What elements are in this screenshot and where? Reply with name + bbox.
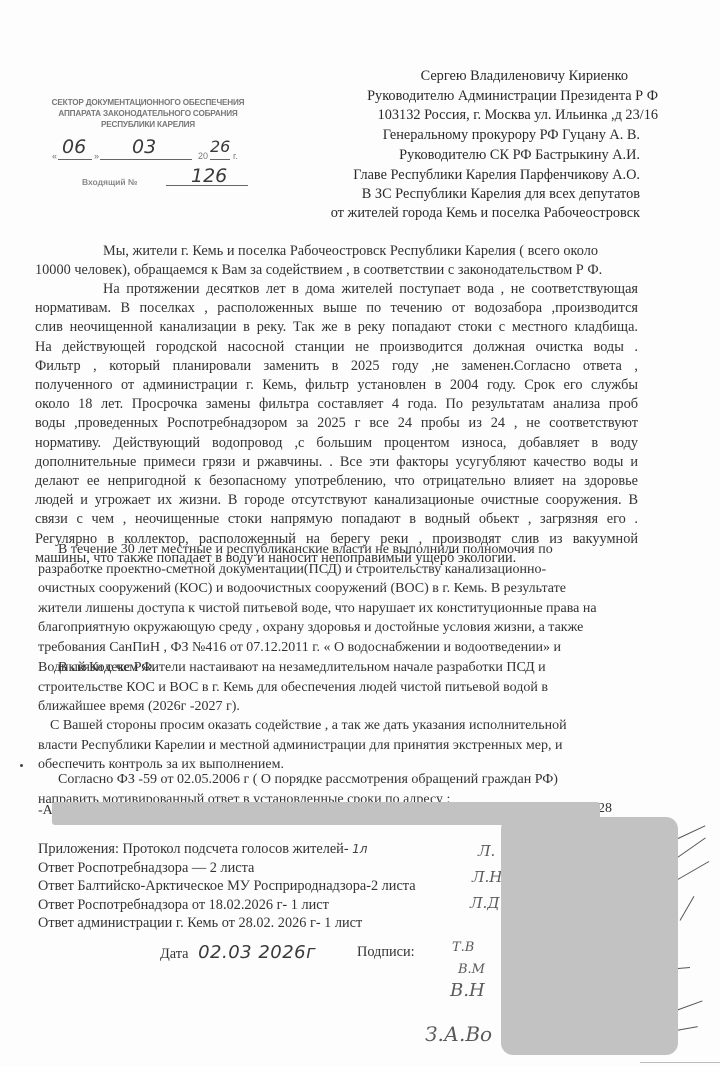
document-page: СЕКТОР ДОКУМЕНТАЦИОННОГО ОБЕСПЕЧЕНИЯ АПП…: [0, 0, 720, 1067]
signature-stroke: [678, 825, 706, 839]
paragraph-authorities: В течение 30 лет местные и республиканск…: [38, 540, 658, 677]
addressee-line: В ЗС Республики Карелия для всех депутат…: [353, 185, 640, 205]
sender-line: от жителей города Кемь и поселка Рабочео…: [331, 205, 640, 222]
addressee-line: Руководителю СК РФ Бастрыкину А.И.: [353, 146, 640, 166]
stamp-month: 03: [132, 136, 156, 158]
addressee-line: Генеральному прокурору РФ Гуцану А. В.: [353, 126, 640, 146]
signature-stroke: [680, 896, 695, 921]
registration-stamp: СЕКТОР ДОКУМЕНТАЦИОННОГО ОБЕСПЕЧЕНИЯ АПП…: [28, 97, 268, 130]
signatures-label: Подписи:: [357, 944, 415, 961]
signature: Т.В: [452, 940, 474, 955]
signature: Л.Д: [470, 894, 499, 912]
address-start: -А: [38, 803, 53, 819]
date-value: 02.03 2026г: [198, 942, 316, 963]
addressee-line: Руководителю Администрации Президента Р …: [353, 87, 658, 107]
address-end: 28: [598, 801, 612, 817]
stamp-line: РЕСПУБЛИКИ КАРЕЛИЯ: [34, 119, 262, 130]
signature: В.М: [458, 962, 485, 977]
attachment-item: Ответ Роспотребнадзора от 18.02.2026 г- …: [38, 896, 416, 915]
signature: Л.: [478, 842, 495, 860]
attachment-item: Приложения: Протокол подсчета голосов жи…: [38, 840, 416, 859]
stamp-day: 06: [62, 136, 86, 158]
date-label: Дата: [160, 946, 189, 962]
addressee-block: Сергею Владиленовичу Кириенко Руководите…: [353, 67, 658, 205]
signature: Л.Н: [472, 868, 502, 886]
paragraph-intro: Мы, жители г. Кемь и поселка Рабочеостро…: [35, 242, 638, 280]
signature-stroke: [676, 1000, 703, 1011]
signature-stroke: [676, 861, 709, 881]
stamp-year: 26: [210, 137, 230, 156]
stray-mark: [20, 764, 23, 767]
stamp-reg-number: 126: [191, 165, 227, 187]
signatures-redaction: [501, 817, 678, 1055]
attachment-item: Ответ Роспотребнадзора — 2 листа: [38, 859, 416, 878]
paragraph-request: С Вашей стороны просим оказать содействи…: [38, 716, 668, 775]
handwritten-count: 1л: [352, 842, 367, 856]
signature: З.А.Во: [425, 1022, 492, 1046]
signature-stroke: [676, 837, 706, 858]
paragraph-demands: В связи с чем жители настаивают на незам…: [38, 658, 658, 717]
addressee-line: 103132 Россия, г. Москва ул. Ильинка ,д …: [353, 106, 658, 126]
page-edge: [640, 1062, 720, 1063]
signature: В.Н: [450, 980, 485, 1001]
stamp-date: « 06 » 03 20 26 г.: [52, 139, 262, 163]
stamp-line: СЕКТОР ДОКУМЕНТАЦИОННОГО ОБЕСПЕЧЕНИЯ: [34, 97, 262, 108]
signature-stroke: [676, 1026, 698, 1031]
attachment-item: Ответ администрации г. Кемь от 28.02. 20…: [38, 914, 416, 933]
paragraph-water-quality: На протяжении десятков лет в дома жителе…: [35, 280, 638, 568]
attachment-item: Ответ Балтийско-Арктическое МУ Росприрод…: [38, 877, 416, 896]
attachments-list: Приложения: Протокол подсчета голосов жи…: [38, 840, 416, 933]
addressee-line: Главе Республики Карелия Парфенчикову А.…: [353, 166, 640, 186]
stamp-line: АППАРАТА ЗАКОНОДАТЕЛЬНОГО СОБРАНИЯ: [34, 108, 262, 119]
date-row: Дата 02.03 2026г: [160, 942, 316, 963]
signature-stroke: [678, 967, 690, 969]
stamp-registration: Входящий № 126: [78, 169, 268, 189]
addressee-line: Сергею Владиленовичу Кириенко: [353, 67, 628, 87]
